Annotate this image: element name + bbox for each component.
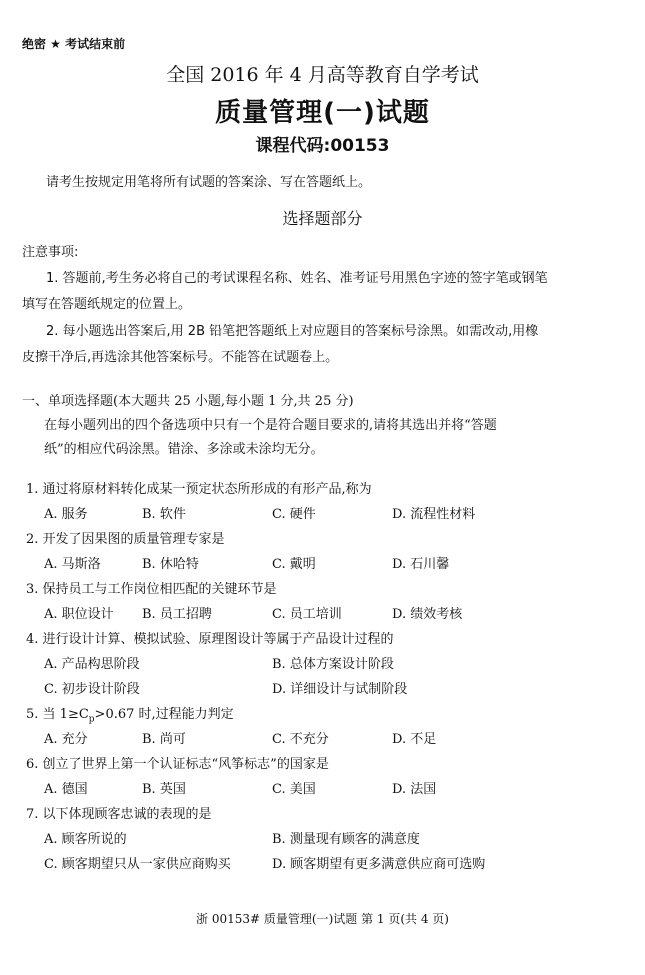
question-7-option-a: A. 顾客所说的: [44, 828, 127, 847]
question-3-option-b: B. 员工招聘: [142, 603, 212, 622]
question-4-option-b: B. 总体方案设计阶段: [272, 653, 394, 672]
question-6-option-d: D. 法国: [392, 778, 436, 797]
question-5-stem: 5. 当 1≥Cp>0.67 时,过程能力判定: [26, 703, 234, 725]
part-heading: 一、单项选择题(本大题共 25 小题,每小题 1 分,共 25 分): [22, 390, 354, 409]
question-3-option-d: D. 绩效考核: [392, 603, 462, 622]
question-2-stem: 2. 开发了因果图的质量管理专家是: [26, 528, 225, 547]
instruction-text: 请考生按规定用笔将所有试题的答案涂、写在答题纸上。: [46, 171, 371, 190]
question-2-option-d: D. 石川馨: [392, 553, 449, 572]
question-3-option-a: A. 职位设计: [44, 603, 114, 622]
question-3-stem: 3. 保持员工与工作岗位相匹配的关键环节是: [26, 578, 277, 597]
question-4-option-a: A. 产品构思阶段: [44, 653, 140, 672]
question-7-option-b: B. 测量现有顾客的满意度: [272, 828, 420, 847]
question-5-option-b: B. 尚可: [142, 728, 186, 747]
question-2-option-a: A. 马斯洛: [44, 553, 101, 572]
question-7-stem: 7. 以下体现顾客忠诚的表现的是: [26, 803, 212, 822]
question-5-option-a: A. 充分: [44, 728, 88, 747]
question-1-option-b: B. 软件: [142, 503, 186, 522]
question-1-option-c: C. 硬件: [272, 503, 316, 522]
question-4-option-d: D. 详细设计与试制阶段: [272, 678, 407, 697]
exam-title: 全国 2016 年 4 月高等教育自学考试: [0, 60, 645, 87]
question-3-option-c: C. 员工培训: [272, 603, 342, 622]
notes-title: 注意事项:: [22, 241, 78, 260]
question-5-stem-suffix: >0.67 时,过程能力判定: [95, 707, 234, 722]
paper-title: 质量管理(一)试题: [0, 92, 645, 129]
question-5-stem-prefix: 5. 当 1≥C: [26, 707, 89, 722]
note-item-2-line-2: 皮擦干净后,再选涂其他答案标号。不能答在试题卷上。: [22, 346, 338, 365]
question-2-option-c: C. 戴明: [272, 553, 316, 572]
question-6-option-c: C. 美国: [272, 778, 316, 797]
question-5-option-c: C. 不充分: [272, 728, 329, 747]
question-6-option-b: B. 英国: [142, 778, 186, 797]
page-footer: 浙 00153# 质量管理(一)试题 第 1 页(共 4 页): [0, 910, 645, 927]
part-desc-line-1: 在每小题列出的四个备选项中只有一个是符合题目要求的,请将其选出并将“答题: [44, 414, 497, 433]
question-4-stem: 4. 进行设计计算、模拟试验、原理图设计等属于产品设计过程的: [26, 628, 394, 647]
course-code: 课程代码:00153: [0, 131, 645, 156]
section-title: 选择题部分: [0, 206, 645, 229]
question-6-stem: 6. 创立了世界上第一个认证标志“风筝标志”的国家是: [26, 753, 329, 772]
question-6-option-a: A. 德国: [44, 778, 88, 797]
question-5-option-d: D. 不足: [392, 728, 436, 747]
question-7-option-d: D. 顾客期望有更多满意供应商可选购: [272, 853, 485, 872]
part-desc-line-2: 纸”的相应代码涂黑。错涂、多涂或未涂均无分。: [44, 438, 324, 457]
question-1-stem: 1. 通过将原材料转化成某一预定状态所形成的有形产品,称为: [26, 478, 372, 497]
question-7-option-c: C. 顾客期望只从一家供应商购买: [44, 853, 231, 872]
note-item-1-line-2: 填写在答题纸规定的位置上。: [22, 293, 191, 312]
question-2-option-b: B. 休哈特: [142, 553, 199, 572]
question-1-option-a: A. 服务: [44, 503, 88, 522]
question-4-option-c: C. 初步设计阶段: [44, 678, 140, 697]
question-1-option-d: D. 流程性材料: [392, 503, 475, 522]
secret-label: 绝密 ★ 考试结束前: [22, 35, 125, 52]
note-item-1-line-1: 1. 答题前,考生务必将自己的考试课程名称、姓名、准考证号用黑色字迹的签字笔或钢…: [46, 267, 548, 286]
note-item-2-line-1: 2. 每小题选出答案后,用 2B 铅笔把答题纸上对应题目的答案标号涂黑。如需改动…: [46, 320, 538, 339]
